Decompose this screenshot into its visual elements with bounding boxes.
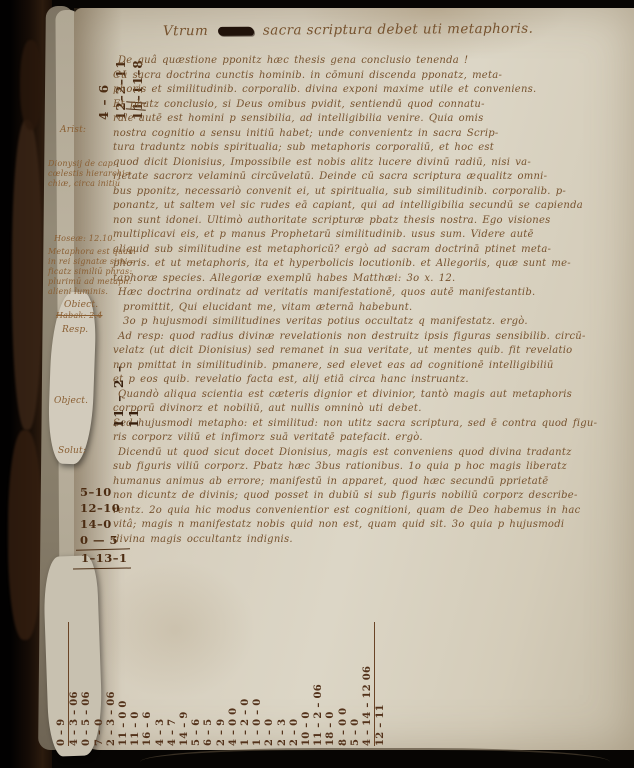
figure-column: 8 – 0 0 (338, 622, 350, 746)
body-line: corporū divinorz et nobiliū, aut nullis … (113, 403, 628, 418)
figure-column: 5 – 0 (350, 622, 362, 746)
figure-column: 7 – 0 (94, 622, 106, 746)
body-line: rietate sacrorz velaminū circūvelatū. De… (113, 171, 628, 186)
figure-column: 16 – 6 (142, 622, 154, 746)
body-line: non pmittat in similitudinib. pmanere, s… (113, 360, 628, 375)
figures-left-margin: 5–1012–1014–00 — 5 (80, 484, 120, 548)
manuscript-photo: Vtrum sacra scriptura debet uti metaphor… (0, 0, 634, 768)
figure-column: 0 – 5 – 06 (81, 622, 93, 746)
figure-column: 2 – 0 (289, 622, 301, 746)
body-line: velatz (ut dicit Dionisius) sed remanet … (113, 345, 628, 360)
margin-note-resp: Resp. (62, 325, 88, 335)
margin-note-obiect: Obiect. (64, 300, 98, 310)
figure-column: 4 – 3 – 06 (69, 622, 81, 746)
body-line: non sunt idonei. Ultimò authoritate scri… (113, 215, 628, 230)
figure-column: 11 – 2 – 06 (313, 622, 325, 746)
figure-column: 6 – 5 (203, 622, 215, 746)
figure-column: 4 – 3 (155, 622, 167, 746)
figure-column: 18 – 0 (325, 622, 337, 746)
body-line: multiplicavi eis, et p manus Prophetarū … (113, 229, 628, 244)
figure-column: 14 – 9 (179, 622, 191, 746)
body-line: phoris et similitudinib. corporalib. div… (113, 84, 628, 99)
body-line: Quandò aliqua scientia est cæteris digni… (113, 389, 628, 404)
margin-note-line: cœlestis hierarchi= (48, 169, 132, 179)
figure-column: 12 – 11 (375, 622, 387, 746)
figure-column: 2 – 3 (277, 622, 289, 746)
margin-note-line: Metaphora est quam (48, 247, 136, 257)
figure-line: 12–10 (80, 500, 120, 516)
body-line: rentz. 2o quia hic modus convenientior e… (113, 505, 628, 520)
margin-note-solut: Solut: (58, 446, 86, 456)
margin-note-line: alieni luminis. (48, 287, 136, 297)
body-line: ponantz, ut saltem vel sic rudes eā capi… (113, 200, 628, 215)
page-title: Vtrum sacra scriptura debet uti metaphor… (163, 21, 533, 40)
margin-note-arist: Arist: (60, 125, 86, 135)
figure-column: 11 – 0 0 (118, 622, 130, 746)
body-line: rale autē est homini p sensibilia, ad in… (113, 113, 628, 128)
spine-leather-patch (12, 120, 42, 430)
body-text: De quâ quæstione pponitz hæc thesis gena… (113, 55, 628, 548)
figure-column: 4 – 7 (167, 622, 179, 746)
body-line: De quâ quæstione pponitz hæc thesis gena… (113, 55, 628, 70)
figure-column: 4 – 0 0 (228, 622, 240, 746)
figures-left-total: 1–13–1 (81, 551, 128, 565)
margin-note-line: chiæ, circa initiū (48, 179, 132, 189)
body-line: ris corporz viliū et infimorz suā verita… (113, 432, 628, 447)
margin-note-habak: Habak: 2.4 (56, 311, 102, 321)
body-line: humanus animus ab errore; manifestū in a… (113, 476, 628, 491)
body-line: promittit, Qui elucidant me, vitam ætern… (113, 302, 628, 317)
margin-note-line: in rei signatæ simi= (48, 257, 136, 267)
figure-column: 2 – 0 (264, 622, 276, 746)
figure-line: 5–10 (80, 484, 120, 500)
body-line: taphoræ species. Allegoriæ exemplū habes… (113, 273, 628, 288)
body-line: nostra cognitio a sensu initiū habet; un… (113, 128, 628, 143)
figure-line: 14–0 (80, 516, 120, 532)
figure-column: 10 – 0 (301, 622, 313, 746)
body-line: phoris. et ut metaphoris, ita et hyperbo… (113, 258, 628, 273)
spine-leather-patch (20, 40, 42, 130)
body-line: sub figuris viliū corporz. Pbatz hæc 3bu… (113, 461, 628, 476)
margin-note-object: Object. (54, 396, 88, 406)
body-line: tura traduntz nobis spiritualia; sub met… (113, 142, 628, 157)
body-line: Sed hujusmodi metapho: et similitud: non… (113, 418, 628, 433)
figure-line: 0 — 5 (80, 532, 120, 548)
body-line: Et pbatz conclusio, si Deus omibus pvidi… (113, 99, 628, 114)
body-line: quod dicit Dionisius, Impossibile est no… (113, 157, 628, 172)
title-rest: sacra scriptura debet uti metaphoris. (253, 21, 533, 39)
figures-bottom-rotated: 0 – 94 – 3 – 060 – 5 – 067 – 02 – 3 – 06… (56, 622, 387, 746)
body-line: Ad resp: quod radius divinæ revelationis… (113, 331, 628, 346)
margin-note-hoseae: Hoseæ: 12.10. (54, 234, 115, 244)
figure-column: 1 – 0 – 0 (252, 622, 264, 746)
title-word: Vtrum (163, 23, 218, 39)
body-line: vitâ; magis n manifestatz nobis quid non… (113, 519, 628, 534)
body-line: bus pponitz, necessariò convenit ei, ut … (113, 186, 628, 201)
figure-column: 2 – 9 (216, 622, 228, 746)
figure-column: 0 – 9 (56, 622, 69, 746)
figure-column: 4 – 14 – 12 06 (362, 622, 375, 746)
body-line: Cū sacra doctrina cunctis hominib. in cō… (113, 70, 628, 85)
body-line: Hæc doctrina ordinatz ad veritatis manif… (113, 287, 628, 302)
margin-note-line: ficatz similiū phras: (48, 267, 136, 277)
margin-note-dionysij: Dionysij de cap:cœlestis hierarchi=chiæ,… (48, 159, 132, 189)
body-line: 3o p hujusmodi similitudines veritas pot… (113, 316, 628, 331)
margin-note-line: Dionysij de cap: (48, 159, 132, 169)
margin-note-line: plurimū ad metaph: (48, 277, 136, 287)
page-bottom-edge (140, 748, 610, 768)
figure-mid-rotated: 11 – 2 – 11 (111, 346, 141, 428)
spine-leather-patch (8, 430, 42, 640)
body-line: et p eos quib. revelatio facta est, alij… (113, 374, 628, 389)
margin-note-metaphora: Metaphora est quamin rei signatæ simi=fi… (48, 247, 136, 297)
body-line: Dicendū ut quod sicut docet Dionisius, m… (113, 447, 628, 462)
body-line: divina magis occultantz indignis. (113, 534, 628, 549)
figure-column: 1 – 2 – 0 (240, 622, 252, 746)
figure-column: 5 – 6 (191, 622, 203, 746)
ink-blot (217, 27, 253, 36)
body-line: non dicuntz de divinis; quod posset in d… (113, 490, 628, 505)
figure-column: 2 – 3 – 06 (106, 622, 118, 746)
body-line: aliquid sub similitudine est metaphoricū… (113, 244, 628, 259)
figure-column: 11 – 0 (130, 622, 142, 746)
figure-line: 4 – 6 (96, 32, 113, 120)
